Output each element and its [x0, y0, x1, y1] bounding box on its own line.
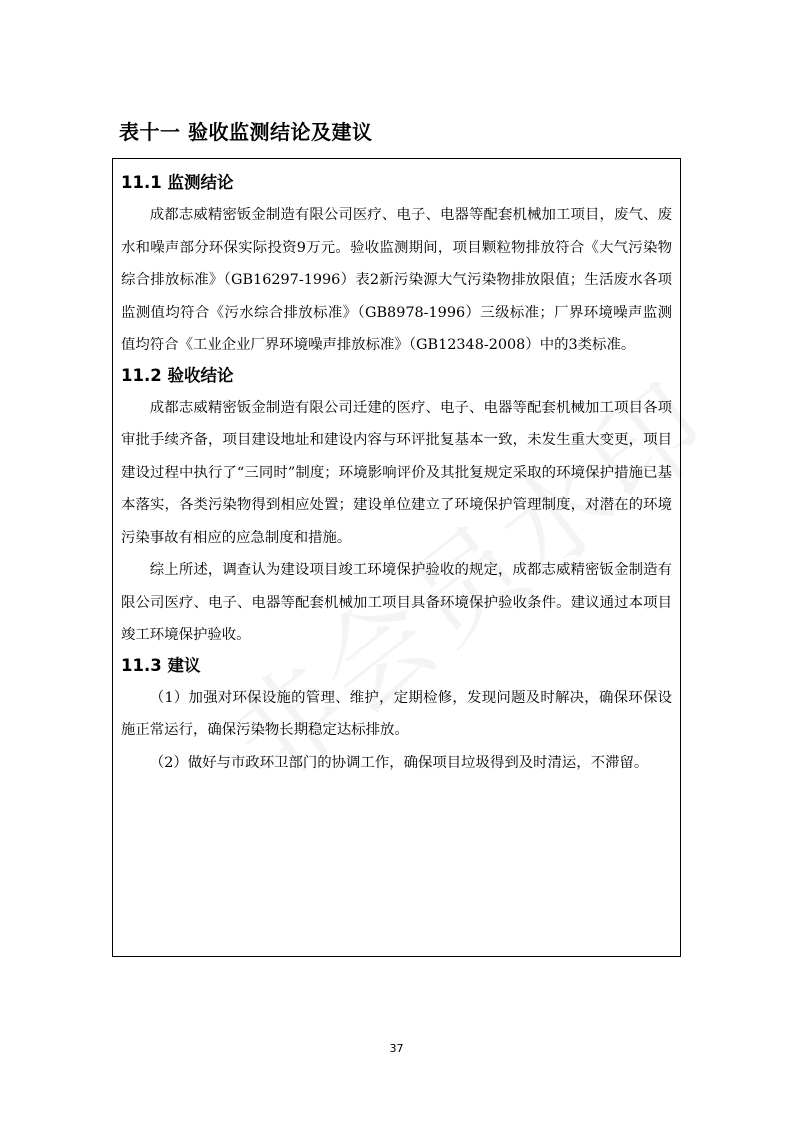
box-content: 11.1 监测结论 成都志威精密钣金制造有限公司医疗、电子、电器等配套机械加工项…	[121, 169, 672, 779]
suggestion-item-2: （2）做好与市政环卫部门的协调工作，确保项目垃圾得到及时清运，不滞留。	[121, 747, 672, 780]
acceptance-conclusion-paragraph-2: 综上所述，调查认为建设项目竣工环境保护验收的规定，成都志威精密钣金制造有限公司医…	[121, 554, 672, 652]
section-heading-acceptance-conclusion: 11.2 验收结论	[121, 362, 672, 390]
section-heading-monitoring-conclusion: 11.1 监测结论	[121, 169, 672, 197]
page-title: 表十一 验收监测结论及建议	[119, 116, 372, 145]
acceptance-conclusion-paragraph-1: 成都志威精密钣金制造有限公司迁建的医疗、电子、电器等配套机械加工项目各项审批手续…	[121, 392, 672, 555]
conclusion-table-box: 11.1 监测结论 成都志威精密钣金制造有限公司医疗、电子、电器等配套机械加工项…	[112, 158, 681, 957]
page-number: 37	[0, 1042, 793, 1055]
section-heading-suggestions: 11.3 建议	[121, 652, 672, 680]
monitoring-conclusion-paragraph: 成都志威精密钣金制造有限公司医疗、电子、电器等配套机械加工项目，废气、废水和噪声…	[121, 199, 672, 362]
suggestion-item-1: （1）加强对环保设施的管理、维护，定期检修，发现问题及时解决，确保环保设施正常运…	[121, 682, 672, 747]
